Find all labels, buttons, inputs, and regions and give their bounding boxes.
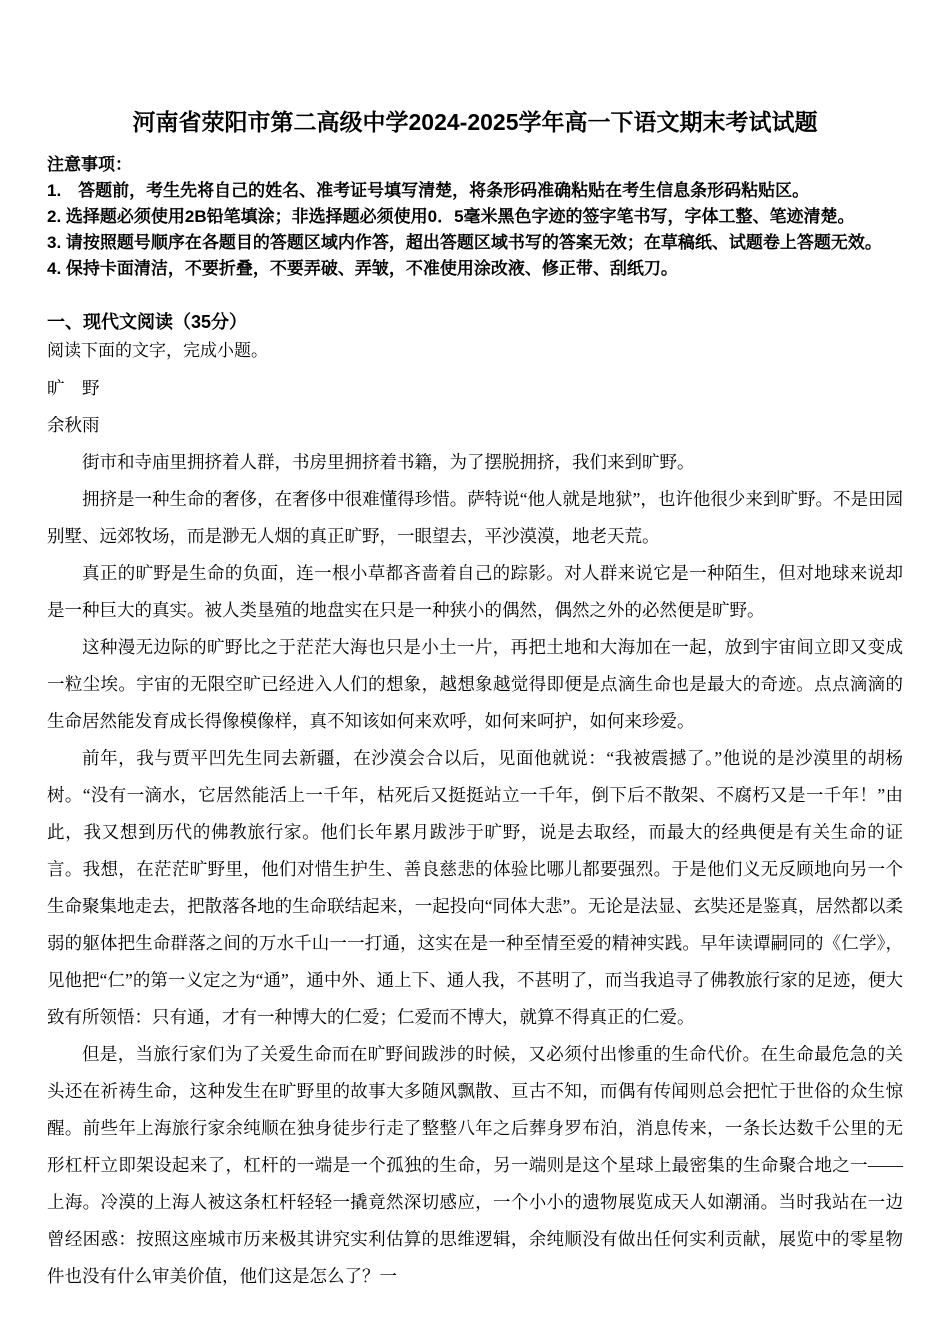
passage-paragraph: 拥挤是一种生命的奢侈，在奢侈中很难懂得珍惜。萨特说“他人就是地狱”，也许他很少来…	[47, 481, 903, 555]
notice-section: 注意事项： 1. 答题前，考生先将自己的姓名、准考证号填写清楚，将条形码准确粘贴…	[47, 152, 903, 282]
passage-paragraph: 前年，我与贾平凹先生同去新疆，在沙漠会合以后，见面他就说：“我被震撼了。”他说的…	[47, 740, 903, 1036]
section-heading: 一、现代文阅读（35分）	[47, 309, 903, 336]
reading-instruction: 阅读下面的文字，完成小题。	[47, 337, 903, 364]
page-title: 河南省荥阳市第二高级中学2024-2025学年高一下语文期末考试试题	[47, 106, 903, 138]
passage-title: 旷 野	[47, 370, 903, 407]
notice-item: 2. 选择题必须使用2B铅笔填涂；非选择题必须使用0．5毫米黑色字迹的签字笔书写…	[47, 204, 903, 230]
exam-page: 河南省荥阳市第二高级中学2024-2025学年高一下语文期末考试试题 注意事项：…	[0, 0, 950, 1344]
passage-paragraph: 真正的旷野是生命的负面，连一根小草都吝啬着自己的踪影。对人群来说它是一种陌生，但…	[47, 555, 903, 629]
notice-item: 3. 请按照题号顺序在各题目的答题区域内作答，超出答题区域书写的答案无效；在草稿…	[47, 230, 903, 256]
passage-paragraph: 但是，当旅行家们为了关爱生命而在旷野间跋涉的时候，又必须付出惨重的生命代价。在生…	[47, 1036, 903, 1295]
notice-item: 1. 答题前，考生先将自己的姓名、准考证号填写清楚，将条形码准确粘贴在考生信息条…	[47, 178, 903, 204]
notice-heading: 注意事项：	[47, 152, 903, 178]
reading-passage: 旷 野 余秋雨 街市和寺庙里拥挤着人群，书房里拥挤着书籍，为了摆脱拥挤，我们来到…	[47, 370, 903, 1295]
passage-author: 余秋雨	[47, 407, 903, 444]
notice-item: 4. 保持卡面清洁，不要折叠，不要弄破、弄皱，不准使用涂改液、修正带、刮纸刀。	[47, 256, 903, 282]
passage-paragraph: 这种漫无边际的旷野比之于茫茫大海也只是小土一片，再把土地和大海加在一起，放到宇宙…	[47, 629, 903, 740]
passage-paragraph: 街市和寺庙里拥挤着人群，书房里拥挤着书籍，为了摆脱拥挤，我们来到旷野。	[47, 444, 903, 481]
